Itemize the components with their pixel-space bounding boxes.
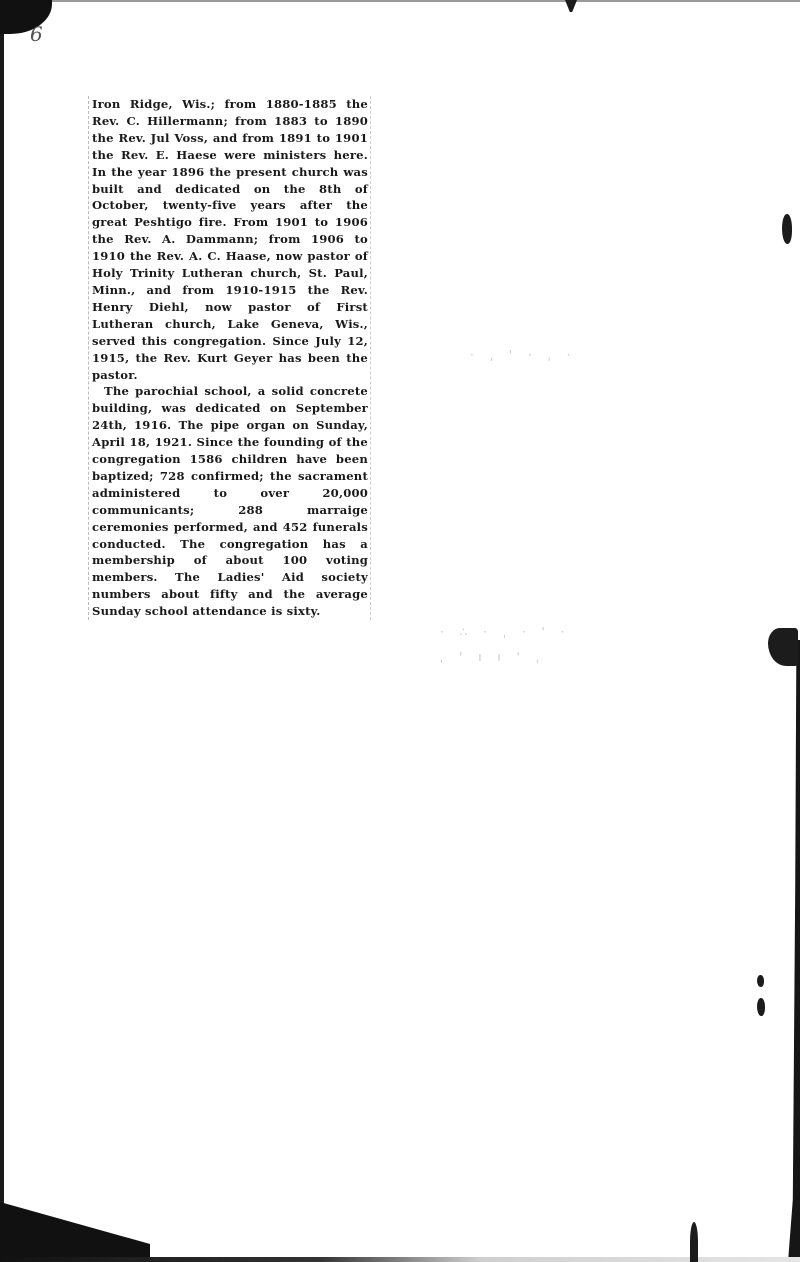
ink-blot	[690, 1222, 698, 1262]
bleed-through-smudge: · ∴ · ˌ · ' ·	[440, 625, 570, 639]
ink-blot	[757, 975, 764, 987]
scan-border-right	[788, 640, 800, 1262]
article-paragraph: The parochial school, a solid concrete b…	[92, 383, 368, 620]
scan-border-bottom	[0, 1257, 800, 1262]
ink-blot	[565, 0, 577, 12]
scan-border-top	[40, 0, 800, 2]
article-paragraph: Iron Ridge, Wis.; from 1880-1885 the Rev…	[92, 96, 368, 383]
bleed-through-smudge: · ˌ ' · ˌ ·	[470, 348, 576, 362]
scan-border-left	[0, 0, 4, 1262]
newspaper-clipping: Iron Ridge, Wis.; from 1880-1885 the Rev…	[88, 96, 371, 620]
handwritten-page-number: 6	[30, 22, 43, 46]
ink-blot	[757, 998, 765, 1016]
ink-blot	[782, 214, 792, 244]
ink-blot	[768, 628, 798, 666]
scan-corner-top-left	[0, 0, 52, 34]
bleed-through-smudge: ˌ ' ı ı ' ˌ	[440, 650, 545, 664]
scan-corner-bottom-left	[0, 1202, 150, 1262]
